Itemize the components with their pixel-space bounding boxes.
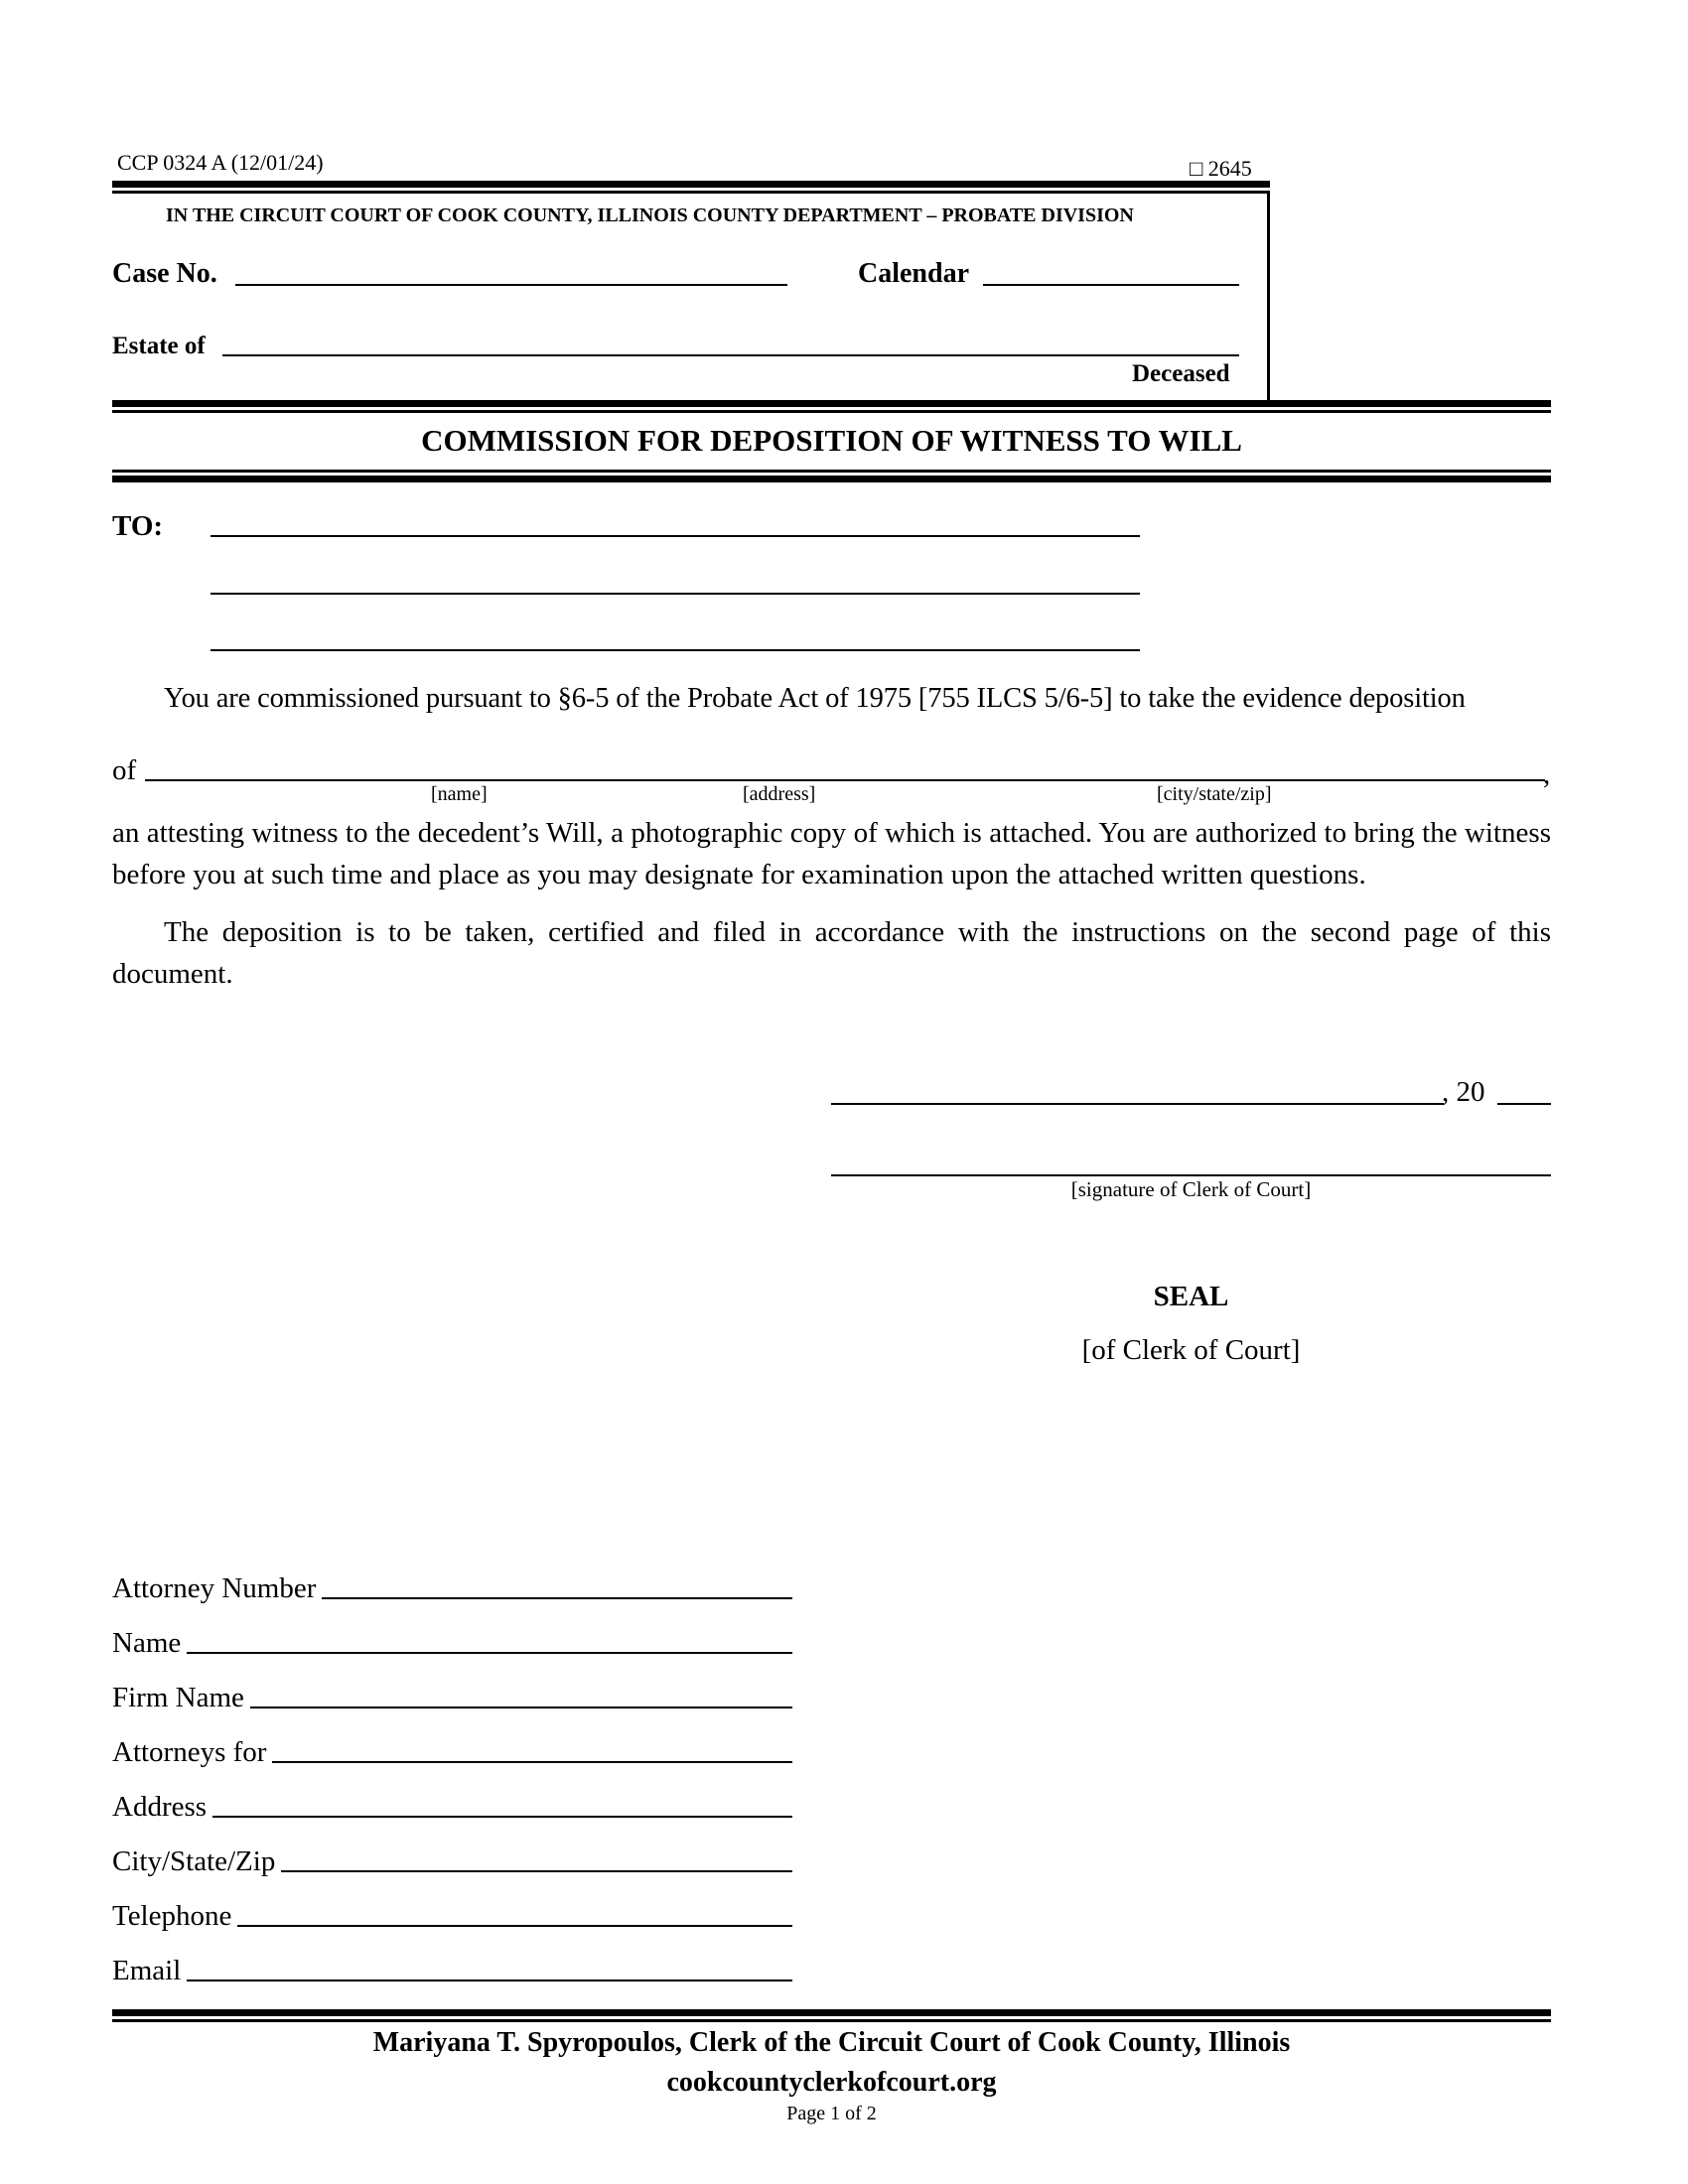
attorneys-for-field[interactable]: Attorneys for: [112, 1738, 792, 1767]
case-no-field[interactable]: [235, 284, 787, 286]
of-label: of: [112, 756, 136, 785]
title-rule-top-thin: [112, 410, 1551, 413]
signature-label: [signature of Clerk of Court]: [831, 1179, 1551, 1200]
case-no-label: Case No.: [112, 260, 217, 288]
empty-checkbox-icon[interactable]: □: [1190, 156, 1202, 181]
year-field[interactable]: [1497, 1103, 1551, 1105]
year-prefix: , 20: [1442, 1078, 1485, 1107]
date-field[interactable]: [831, 1103, 1444, 1105]
telephone-input[interactable]: [237, 1925, 792, 1927]
firm-name-field[interactable]: Firm Name: [112, 1684, 792, 1712]
title-rule-bottom-thick: [112, 476, 1551, 482]
firm-name-label: Firm Name: [112, 1684, 250, 1712]
city-state-zip-field[interactable]: City/State/Zip: [112, 1847, 792, 1876]
email-field[interactable]: Email: [112, 1957, 792, 1985]
calendar-label: Calendar: [858, 260, 969, 288]
of-trailing-comma: ,: [1543, 760, 1550, 789]
calendar-field[interactable]: [983, 284, 1239, 286]
attorneys-for-input[interactable]: [272, 1761, 792, 1763]
witness-paragraph: an attesting witness to the decedent’s W…: [112, 812, 1551, 895]
email-input[interactable]: [187, 1979, 792, 1981]
commission-paragraph: You are commissioned pursuant to §6-5 of…: [164, 685, 1551, 714]
witness-name-address-field[interactable]: [145, 779, 1545, 781]
to-label: TO:: [112, 512, 163, 541]
website-link[interactable]: cookcountyclerkofcourt.org: [112, 2069, 1551, 2097]
header-rule-thin: [112, 191, 1270, 194]
court-title: IN THE CIRCUIT COURT OF COOK COUNTY, ILL…: [166, 205, 1134, 225]
footer-rule-thick: [112, 2009, 1551, 2016]
attorney-number-label: Attorney Number: [112, 1574, 322, 1603]
form-code: CCP 0324 A (12/01/24): [117, 152, 324, 174]
title-rule-bottom-thin: [112, 470, 1551, 473]
email-label: Email: [112, 1957, 187, 1985]
sublabel-address: [address]: [743, 784, 815, 804]
form-number-checkbox[interactable]: □ 2645: [1190, 158, 1252, 180]
header-rule-thick: [112, 181, 1270, 188]
seal-sublabel: [of Clerk of Court]: [831, 1336, 1551, 1365]
title-rule-top-thick: [112, 400, 1551, 407]
estate-of-field[interactable]: [222, 354, 1239, 356]
to-line-3[interactable]: [211, 649, 1140, 651]
attorney-number-input[interactable]: [322, 1597, 792, 1599]
page-indicator: Page 1 of 2: [112, 2104, 1551, 2123]
checkbox-code: 2645: [1208, 156, 1252, 181]
deceased-label: Deceased: [1132, 361, 1230, 386]
clerk-footer-line: Mariyana T. Spyropoulos, Clerk of the Ci…: [112, 2029, 1551, 2057]
address-label: Address: [112, 1793, 212, 1822]
sublabel-city-state-zip: [city/state/zip]: [1157, 784, 1272, 804]
name-field[interactable]: Name: [112, 1629, 792, 1658]
seal-label: SEAL: [831, 1283, 1551, 1311]
telephone-field[interactable]: Telephone: [112, 1902, 792, 1931]
telephone-label: Telephone: [112, 1902, 237, 1931]
to-line-2[interactable]: [211, 593, 1140, 595]
sublabel-name: [name]: [431, 784, 488, 804]
attorney-number-field[interactable]: Attorney Number: [112, 1574, 792, 1603]
address-field[interactable]: Address: [112, 1793, 792, 1822]
city-state-zip-label: City/State/Zip: [112, 1847, 281, 1876]
attorneys-for-label: Attorneys for: [112, 1738, 272, 1767]
estate-of-label: Estate of: [112, 334, 206, 358]
header-box-border: [1267, 191, 1270, 401]
name-label: Name: [112, 1629, 187, 1658]
clerk-signature-field[interactable]: [831, 1174, 1551, 1176]
instructions-paragraph: The deposition is to be taken, certified…: [112, 911, 1551, 995]
to-line-1[interactable]: [211, 535, 1140, 537]
city-state-zip-input[interactable]: [281, 1870, 792, 1872]
firm-name-input[interactable]: [250, 1706, 792, 1708]
footer-rule-thin: [112, 2019, 1551, 2022]
address-input[interactable]: [212, 1816, 792, 1818]
document-title: COMMISSION FOR DEPOSITION OF WITNESS TO …: [112, 425, 1551, 456]
name-input[interactable]: [187, 1652, 792, 1654]
